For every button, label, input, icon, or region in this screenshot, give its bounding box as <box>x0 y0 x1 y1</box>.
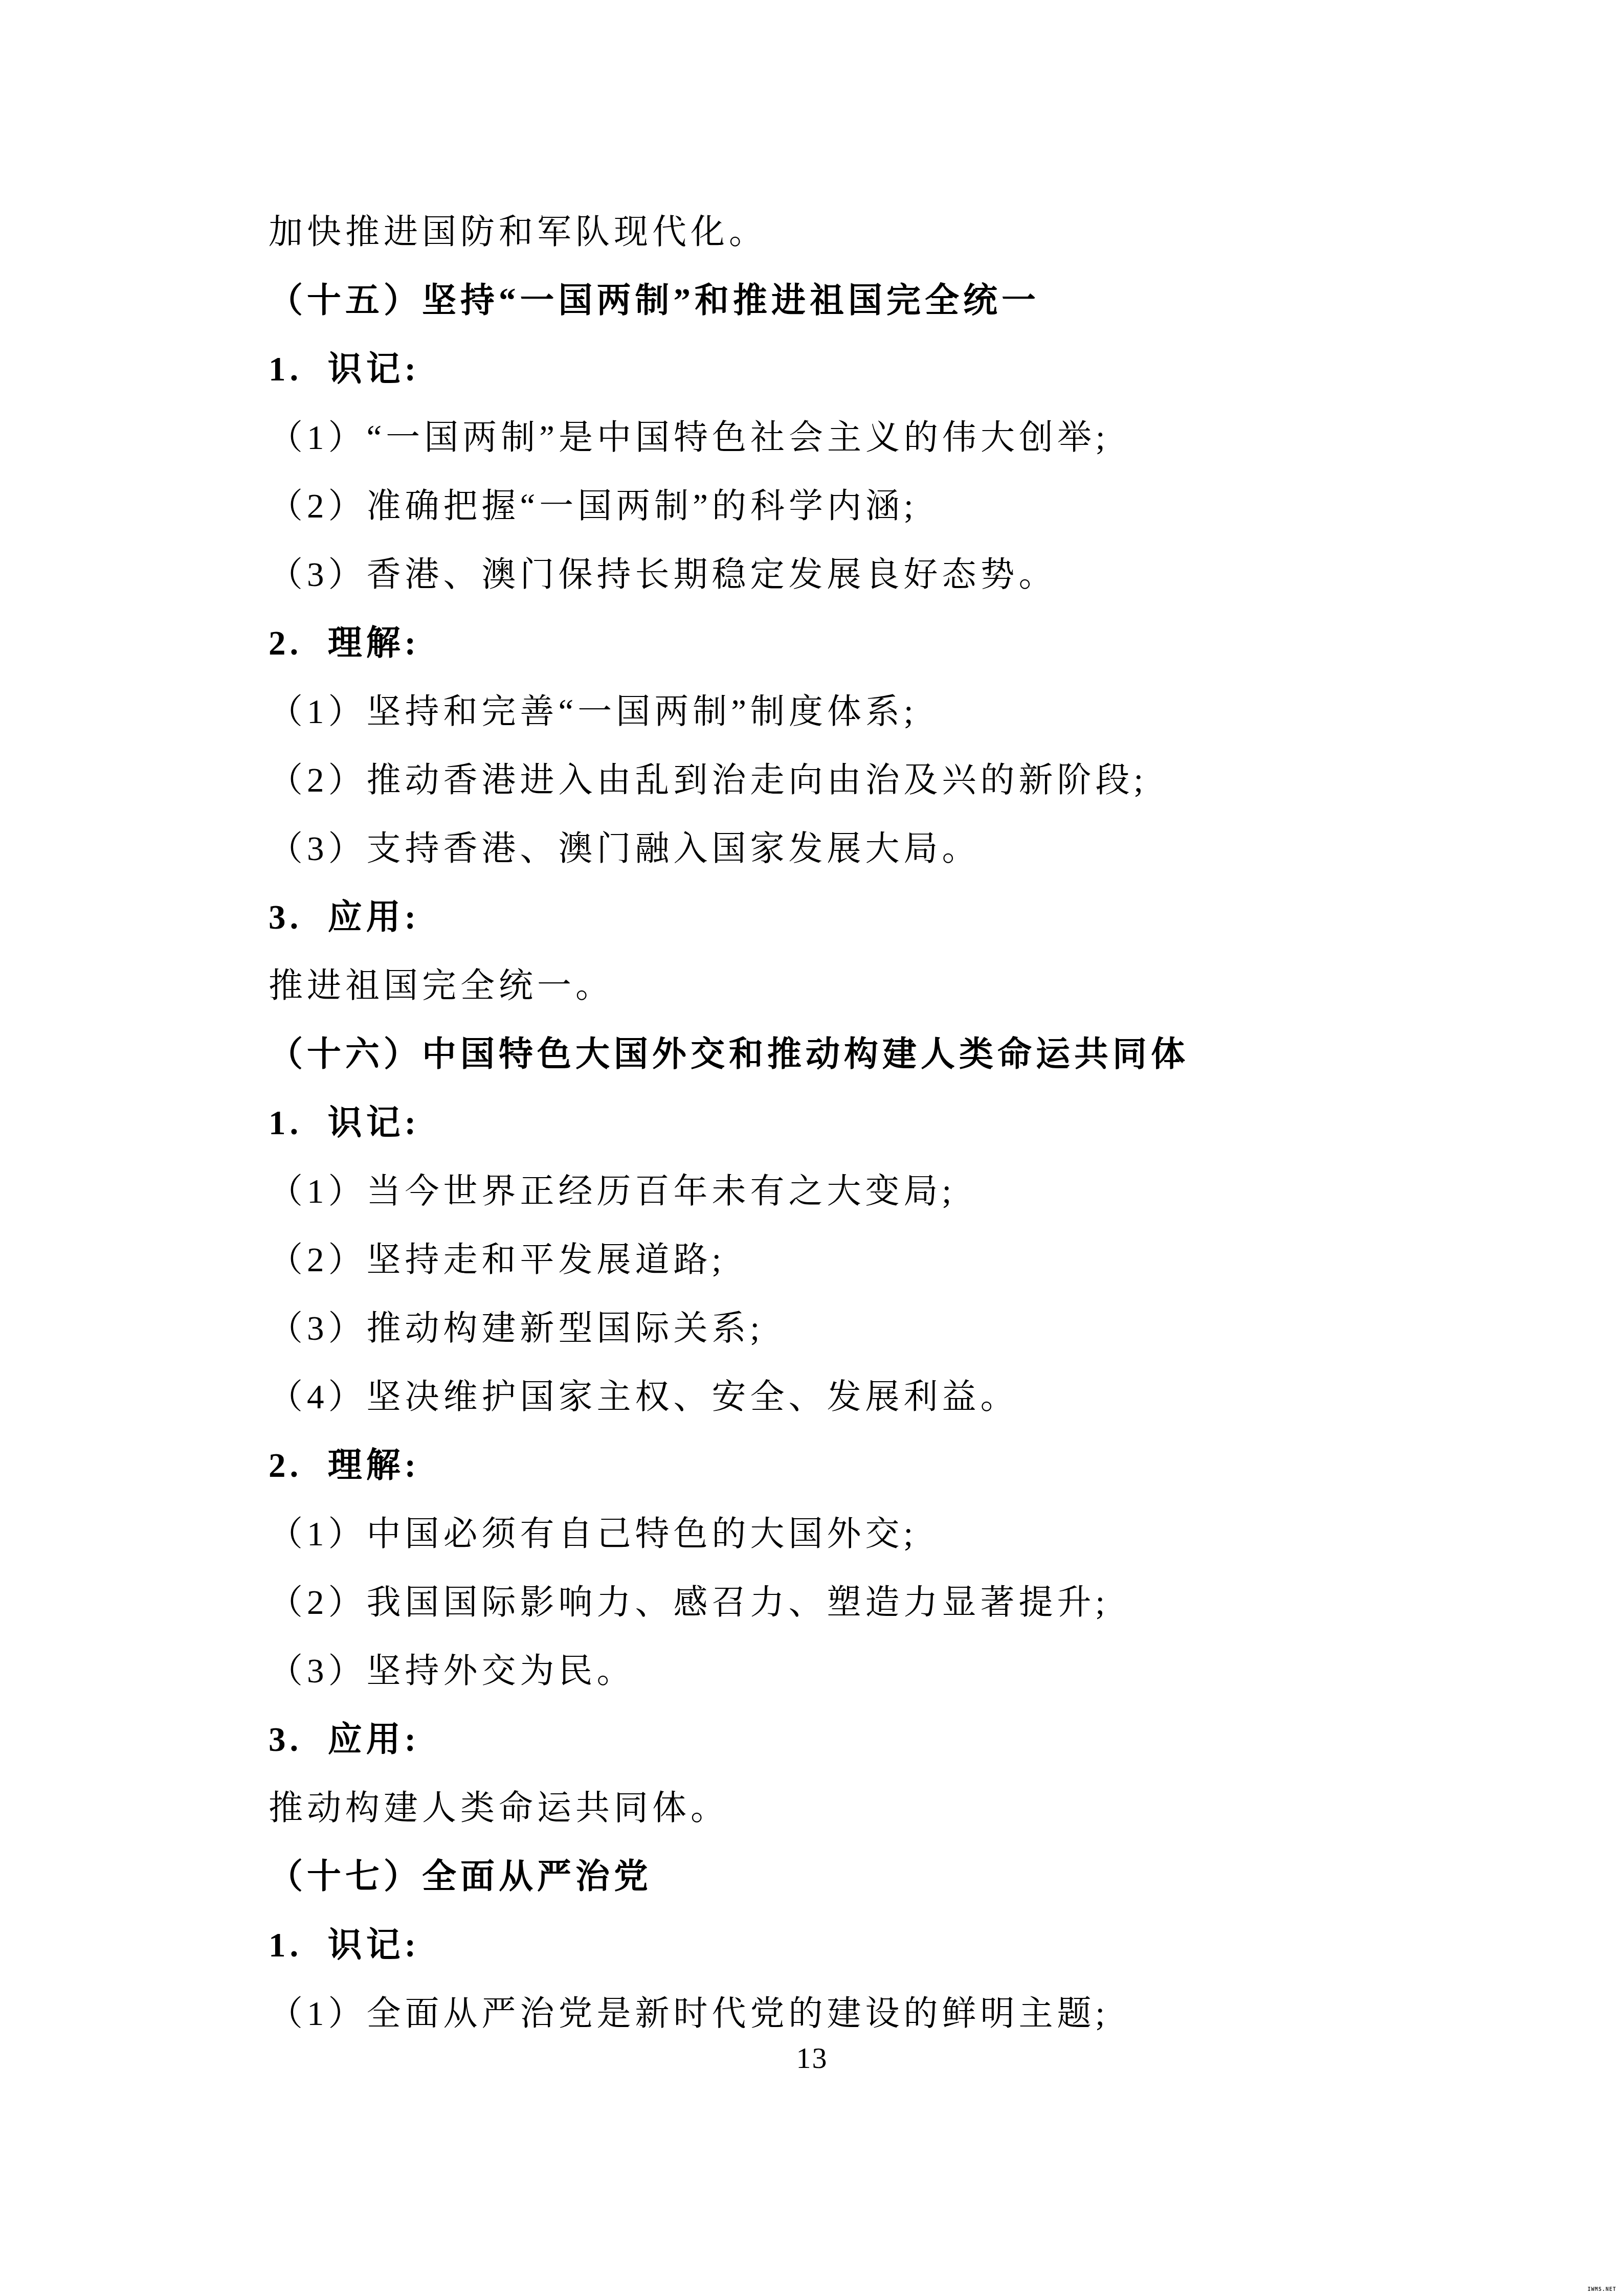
text-line: （3）支持香港、澳门融入国家发展大局。 <box>269 815 1537 883</box>
text-line: （4）坚决维护国家主权、安全、发展利益。 <box>269 1363 1537 1431</box>
text-line: （3）推动构建新型国际关系; <box>269 1294 1537 1363</box>
text-line: 1. 识记: <box>269 1089 1537 1157</box>
text-line: 3. 应用: <box>269 883 1537 952</box>
text-line: （3）香港、澳门保持长期稳定发展良好态势。 <box>269 541 1537 609</box>
text-line: 3. 应用: <box>269 1705 1537 1774</box>
text-line: （2）推动香港进入由乱到治走向由治及兴的新阶段; <box>269 746 1537 815</box>
watermark: IWMS.NET <box>1588 2287 1616 2292</box>
text-line: （1）中国必须有自己特色的大国外交; <box>269 1500 1537 1568</box>
text-line: （2）准确把握“一国两制”的科学内涵; <box>269 472 1537 541</box>
text-line: 1. 识记: <box>269 335 1537 403</box>
text-line: 加快推进国防和军队现代化。 <box>269 198 1537 266</box>
page-number: 13 <box>0 2043 1624 2074</box>
text-line: 推进祖国完全统一。 <box>269 952 1537 1020</box>
text-line: （1）当今世界正经历百年未有之大变局; <box>269 1157 1537 1226</box>
text-line: （十七）全面从严治党 <box>269 1842 1537 1911</box>
text-line: 1. 识记: <box>269 1911 1537 1979</box>
text-line: （1）“一国两制”是中国特色社会主义的伟大创举; <box>269 403 1537 472</box>
text-line: 2. 理解: <box>269 609 1537 678</box>
text-line: 2. 理解: <box>269 1431 1537 1500</box>
text-line: （1）全面从严治党是新时代党的建设的鲜明主题; <box>269 1979 1537 2048</box>
text-line: （2）我国国际影响力、感召力、塑造力显著提升; <box>269 1568 1537 1637</box>
text-line: （1）坚持和完善“一国两制”制度体系; <box>269 678 1537 746</box>
text-line: 推动构建人类命运共同体。 <box>269 1774 1537 1842</box>
text-line: （十五）坚持“一国两制”和推进祖国完全统一 <box>269 266 1537 335</box>
text-line: （2）坚持走和平发展道路; <box>269 1226 1537 1294</box>
document-body: 加快推进国防和军队现代化。（十五）坚持“一国两制”和推进祖国完全统一1. 识记:… <box>269 198 1537 2048</box>
text-line: （十六）中国特色大国外交和推动构建人类命运共同体 <box>269 1020 1537 1089</box>
text-line: （3）坚持外交为民。 <box>269 1637 1537 1705</box>
document-page: 加快推进国防和军队现代化。（十五）坚持“一国两制”和推进祖国完全统一1. 识记:… <box>0 0 1624 2296</box>
